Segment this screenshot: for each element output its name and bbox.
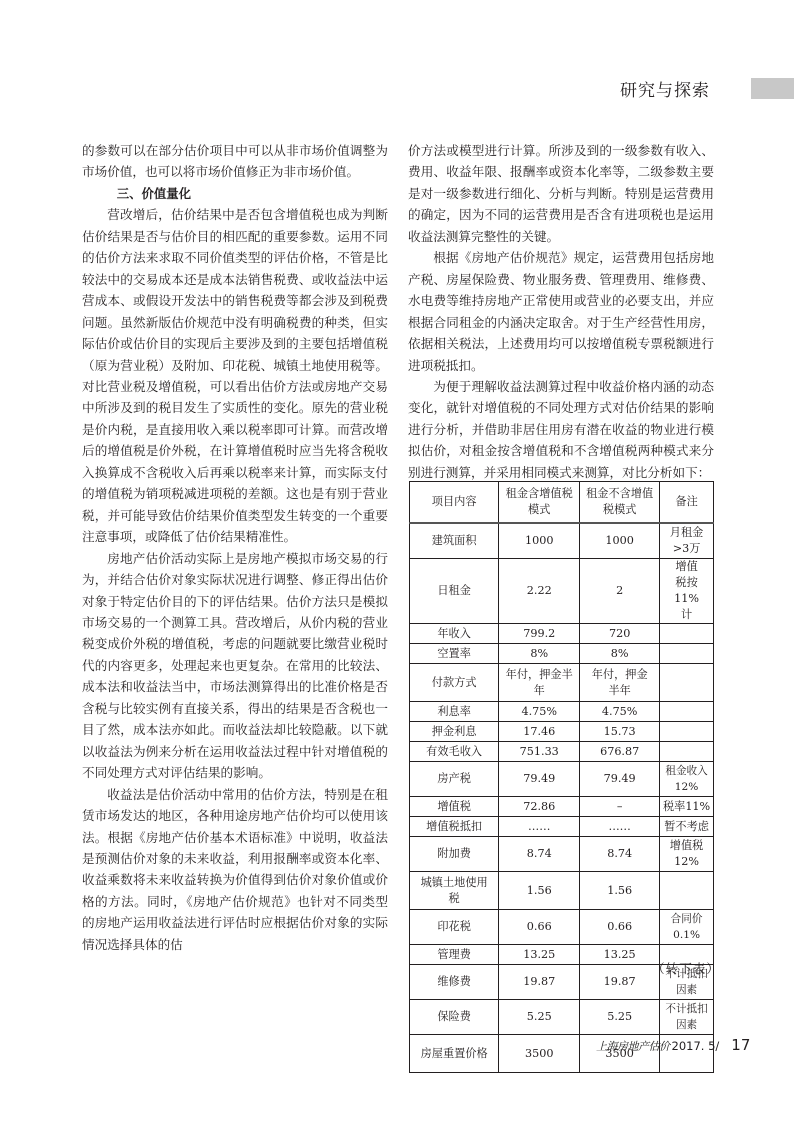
cell-note: 租金收入12% [660,762,714,797]
cell-without-vat: 15.73 [580,722,660,742]
cell-item: 维修费 [410,965,499,1000]
cell-with-vat: 72.86 [499,797,580,817]
cell-with-vat: 19.87 [499,965,580,1000]
page-number: 17 [731,1036,750,1054]
cell-note: 月租金>3万 [660,523,714,559]
cell-without-vat: 720 [580,624,660,644]
cell-with-vat: 79.49 [499,762,580,797]
paragraph: 收益法是估价活动中常用的估价方法，特别是在租赁市场发达的地区，各种用途房地产估价… [82,784,388,956]
cell-with-vat: 4.75% [499,702,580,722]
cell-with-vat: 1.56 [499,872,580,910]
cell-without-vat: 79.49 [580,762,660,797]
table-row: 增值税抵扣 …… …… 暂不考虑 [410,817,714,837]
cell-without-vat: 13.25 [580,945,660,965]
paragraph: 的参数可以在部分估价项目中可以从非市场价值调整为市场价值，也可以将市场价值修正为… [82,140,388,183]
cell-item: 管理费 [410,945,499,965]
cell-note [660,742,714,762]
cell-without-vat: 1000 [580,523,660,559]
cell-with-vat: 0.66 [499,910,580,945]
cell-note: 合同价0.1% [660,910,714,945]
table-row: 建筑面积 1000 1000 月租金>3万 [410,523,714,559]
cell-note [660,702,714,722]
left-column: 的参数可以在部分估价项目中可以从非市场价值调整为市场价值，也可以将市场价值修正为… [82,140,388,955]
cell-with-vat: 751.33 [499,742,580,762]
cell-without-vat: 19.87 [580,965,660,1000]
table-row: 年收入 799.2 720 [410,624,714,644]
cell-with-vat: 1000 [499,523,580,559]
comparison-table: 项目内容 租金含增值税模式 租金不含增值税模式 备注 建筑面积 1000 100… [409,481,714,1073]
paragraph: 价方法或模型进行计算。所涉及到的一级参数有收入、费用、收益年限、报酬率或资本化率… [408,140,714,247]
right-column: 价方法或模型进行计算。所涉及到的一级参数有收入、费用、收益年限、报酬率或资本化率… [408,140,714,483]
cell-item: 空置率 [410,644,499,664]
table-row: 空置率 8% 8% [410,644,714,664]
header-cell: 租金含增值税模式 [499,482,580,524]
cell-with-vat: 13.25 [499,945,580,965]
cell-with-vat: 799.2 [499,624,580,644]
cell-note [660,624,714,644]
cell-note: 不计抵扣因素 [660,1000,714,1035]
cell-item: 日租金 [410,559,499,624]
table-row: 保险费 5.25 5.25 不计抵扣因素 [410,1000,714,1035]
cell-without-vat: 8.74 [580,837,660,872]
cell-note: 暂不考虑 [660,817,714,837]
cell-note: 增值税12% [660,837,714,872]
cell-note [660,664,714,702]
cell-without-vat: …… [580,817,660,837]
cell-without-vat: 1.56 [580,872,660,910]
cell-note: 增值税按11%计 [660,559,714,624]
cell-with-vat: 2.22 [499,559,580,624]
cell-item: 增值税 [410,797,499,817]
cell-note: 税率11% [660,797,714,817]
paragraph: 营改增后，估价结果中是否包含增值税也成为判断估价结果是否与估价目的相匹配的重要参… [82,204,388,547]
cell-item: 附加费 [410,837,499,872]
cell-with-vat: 17.46 [499,722,580,742]
table-row: 付款方式 年付，押金半年 年付，押金半年 [410,664,714,702]
cell-item: 房产税 [410,762,499,797]
table-continued-note: （转下表） [652,958,720,977]
cell-without-vat: – [580,797,660,817]
cell-item: 建筑面积 [410,523,499,559]
table-row: 附加费 8.74 8.74 增值税12% [410,837,714,872]
cell-note [660,644,714,664]
cell-item: 房屋重置价格 [410,1035,499,1073]
paragraph: 为便于理解收益法测算过程中收益价格内涵的动态变化，就针对增值税的不同处理方式对估… [408,376,714,483]
header-cell: 租金不含增值税模式 [580,482,660,524]
paragraph: 房地产估价活动实际上是房地产模拟市场交易的行为，并结合估价对象实际状况进行调整、… [82,548,388,784]
cell-with-vat: …… [499,817,580,837]
cell-with-vat: 8.74 [499,837,580,872]
cell-item: 付款方式 [410,664,499,702]
cell-item: 增值税抵扣 [410,817,499,837]
header-gray-bar [751,78,794,99]
cell-without-vat: 2 [580,559,660,624]
table-header-row: 项目内容 租金含增值税模式 租金不含增值税模式 备注 [410,482,714,524]
journal-logo: 上海房地产估价 [596,1038,670,1054]
cell-without-vat: 0.66 [580,910,660,945]
cell-without-vat: 4.75% [580,702,660,722]
cell-without-vat: 年付，押金半年 [580,664,660,702]
cell-with-vat: 3500 [499,1035,580,1073]
cell-item: 保险费 [410,1000,499,1035]
cell-item: 城镇土地使用税 [410,872,499,910]
header-cell: 备注 [660,482,714,524]
table-row: 日租金 2.22 2 增值税按11%计 [410,559,714,624]
table-row: 利息率 4.75% 4.75% [410,702,714,722]
cell-without-vat: 5.25 [580,1000,660,1035]
cell-with-vat: 5.25 [499,1000,580,1035]
cell-note [660,722,714,742]
section-heading: 三、价值量化 [82,183,388,204]
cell-item: 押金利息 [410,722,499,742]
cell-without-vat: 676.87 [580,742,660,762]
paragraph: 根据《房地产估价规范》规定，运营费用包括房地产税、房屋保险费、物业服务费、管理费… [408,247,714,376]
cell-with-vat: 年付，押金半年 [499,664,580,702]
table-row: 增值税 72.86 – 税率11% [410,797,714,817]
cell-note [660,872,714,910]
table-row: 押金利息 17.46 15.73 [410,722,714,742]
cell-without-vat: 8% [580,644,660,664]
cell-with-vat: 8% [499,644,580,664]
page-footer: 上海房地产估价 2017. 5/ 17 [596,1036,750,1054]
table-row: 城镇土地使用税 1.56 1.56 [410,872,714,910]
table-row: 印花税 0.66 0.66 合同价0.1% [410,910,714,945]
issue-number: 2017. 5/ [672,1039,720,1053]
table-row: 房产税 79.49 79.49 租金收入12% [410,762,714,797]
table-row: 有效毛收入 751.33 676.87 [410,742,714,762]
cell-item: 利息率 [410,702,499,722]
cell-item: 有效毛收入 [410,742,499,762]
header-cell: 项目内容 [410,482,499,524]
section-title: 研究与探索 [620,76,710,101]
cell-item: 印花税 [410,910,499,945]
cell-item: 年收入 [410,624,499,644]
